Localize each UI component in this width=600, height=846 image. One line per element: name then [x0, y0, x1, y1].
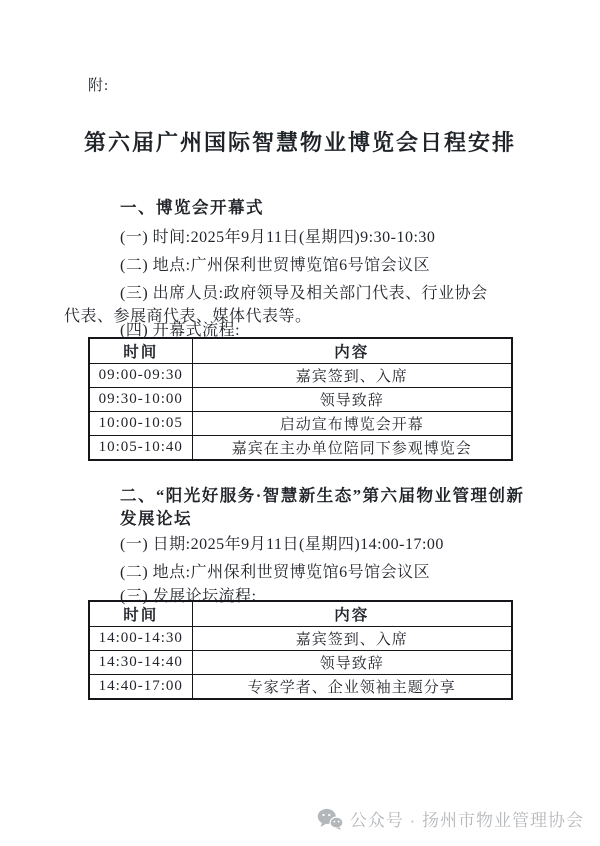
forum-schedule-table: 时间 内容 14:00-14:30 嘉宾签到、入席 14:30-14:40 领导…: [88, 600, 513, 700]
section2-heading-line1: 二、“阳光好服务·智慧新生态”第六届物业管理创新: [120, 484, 525, 507]
content-column-header: 内容: [192, 338, 512, 364]
time-cell: 14:00-14:30: [89, 627, 192, 651]
section2-item-place: (二) 地点:广州保利世贸博览馆6号馆会议区: [120, 559, 430, 582]
content-column-header: 内容: [192, 601, 512, 627]
opening-ceremony-schedule-table: 时间 内容 09:00-09:30 嘉宾签到、入席 09:30-10:00 领导…: [88, 337, 513, 461]
content-cell: 嘉宾在主办单位陪同下参观博览会: [192, 436, 512, 461]
content-cell: 嘉宾签到、入席: [192, 627, 512, 651]
section1-heading: 一、博览会开幕式: [120, 196, 264, 219]
table-header-row: 时间 内容: [89, 338, 512, 364]
time-cell: 09:30-10:00: [89, 388, 192, 412]
content-cell: 领导致辞: [192, 388, 512, 412]
wechat-icon: [317, 808, 343, 830]
time-cell: 10:00-10:05: [89, 412, 192, 436]
table-header-row: 时间 内容: [89, 601, 512, 627]
document-title: 第六届广州国际智慧物业博览会日程安排: [0, 126, 600, 157]
section1-item-place: (二) 地点:广州保利世贸博览馆6号馆会议区: [120, 252, 430, 275]
document-page: 附: 第六届广州国际智慧物业博览会日程安排 一、博览会开幕式 (一) 时间:20…: [0, 0, 600, 846]
attachment-label: 附:: [88, 74, 109, 95]
content-cell: 专家学者、企业领袖主题分享: [192, 675, 512, 700]
section2-item-date: (一) 日期:2025年9月11日(星期四)14:00-17:00: [120, 531, 444, 554]
watermark-footer: 公众号 · 扬州市物业管理协会: [317, 806, 584, 831]
content-cell: 领导致辞: [192, 651, 512, 675]
content-cell: 启动宣布博览会开幕: [192, 412, 512, 436]
time-column-header: 时间: [89, 338, 192, 364]
time-cell: 14:40-17:00: [89, 675, 192, 700]
section1-item-attendees-line1: (三) 出席人员:政府领导及相关部门代表、行业协会: [120, 280, 488, 303]
table-row: 09:00-09:30 嘉宾签到、入席: [89, 364, 512, 388]
content-cell: 嘉宾签到、入席: [192, 364, 512, 388]
time-cell: 09:00-09:30: [89, 364, 192, 388]
table-row: 10:05-10:40 嘉宾在主办单位陪同下参观博览会: [89, 436, 512, 461]
table-row: 09:30-10:00 领导致辞: [89, 388, 512, 412]
time-column-header: 时间: [89, 601, 192, 627]
table-row: 14:30-14:40 领导致辞: [89, 651, 512, 675]
watermark-text: 公众号 · 扬州市物业管理协会: [350, 806, 584, 831]
section1-item-time: (一) 时间:2025年9月11日(星期四)9:30-10:30: [120, 224, 435, 247]
time-cell: 14:30-14:40: [89, 651, 192, 675]
time-cell: 10:05-10:40: [89, 436, 192, 461]
section2-heading-line2: 发展论坛: [120, 507, 192, 530]
table-row: 10:00-10:05 启动宣布博览会开幕: [89, 412, 512, 436]
table-row: 14:40-17:00 专家学者、企业领袖主题分享: [89, 675, 512, 700]
table-row: 14:00-14:30 嘉宾签到、入席: [89, 627, 512, 651]
